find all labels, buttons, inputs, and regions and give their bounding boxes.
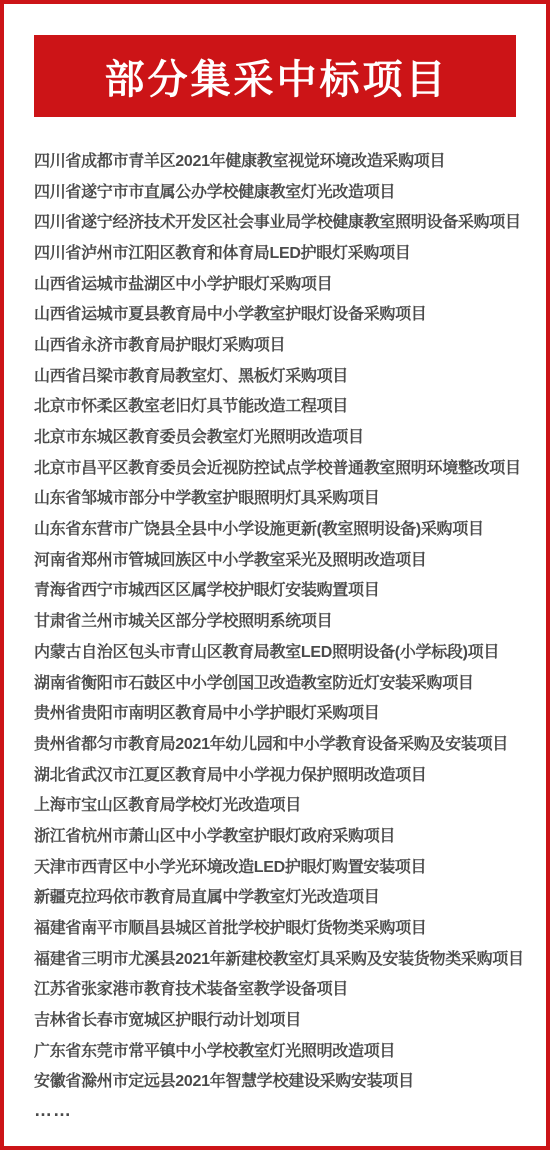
list-item: 贵州省都匀市教育局2021年幼儿园和中小学教育设备采购及安装项目	[34, 727, 538, 758]
header-banner: 部分集采中标项目	[34, 35, 516, 117]
more-indicator: ……	[34, 1095, 538, 1126]
list-item: 内蒙古自治区包头市青山区教育局教室LED照明设备(小学标段)项目	[34, 635, 538, 666]
list-item: 山西省运城市夏县教育局中小学教室护眼灯设备采购项目	[34, 297, 538, 328]
list-item: 湖北省武汉市江夏区教育局中小学视力保护照明改造项目	[34, 758, 538, 789]
list-item: 福建省三明市尤溪县2021年新建校教室灯具采购及安装货物类采购项目	[34, 942, 538, 973]
list-item: 上海市宝山区教育局学校灯光改造项目	[34, 788, 538, 819]
list-item: 湖南省衡阳市石鼓区中小学创国卫改造教室防近灯安装采购项目	[34, 666, 538, 697]
list-item: 新疆克拉玛依市教育局直属中学教室灯光改造项目	[34, 881, 538, 912]
list-item: 江苏省张家港市教育技术装备室教学设备项目	[34, 973, 538, 1004]
project-list: 四川省成都市青羊区2021年健康教室视觉环境改造采购项目四川省遂宁市市直属公办学…	[34, 144, 538, 1126]
poster-page: 部分集采中标项目 四川省成都市青羊区2021年健康教室视觉环境改造采购项目四川省…	[0, 0, 550, 1150]
list-item: 河南省郑州市管城回族区中小学教室采光及照明改造项目	[34, 543, 538, 574]
list-item: 北京市怀柔区教室老旧灯具节能改造工程项目	[34, 390, 538, 421]
list-item: 山西省永济市教育局护眼灯采购项目	[34, 328, 538, 359]
list-item: 山西省吕梁市教育局教室灯、黑板灯采购项目	[34, 359, 538, 390]
list-item: 广东省东莞市常平镇中小学校教室灯光照明改造项目	[34, 1034, 538, 1065]
list-item: 甘肃省兰州市城关区部分学校照明系统项目	[34, 604, 538, 635]
list-item: 北京市昌平区教育委员会近视防控试点学校普通教室照明环境整改项目	[34, 451, 538, 482]
list-item: 山东省东营市广饶县全县中小学设施更新(教室照明设备)采购项目	[34, 512, 538, 543]
list-item: 吉林省长春市宽城区护眼行动计划项目	[34, 1003, 538, 1034]
list-item: 四川省遂宁市市直属公办学校健康教室灯光改造项目	[34, 175, 538, 206]
list-item: 山东省邹城市部分中学教室护眼照明灯具采购项目	[34, 482, 538, 513]
list-item: 北京市东城区教育委员会教室灯光照明改造项目	[34, 420, 538, 451]
list-item: 四川省泸州市江阳区教育和体育局LED护眼灯采购项目	[34, 236, 538, 267]
list-item: 安徽省滁州市定远县2021年智慧学校建设采购安装项目	[34, 1065, 538, 1096]
page-title: 部分集采中标项目	[102, 48, 449, 105]
list-item: 贵州省贵阳市南明区教育局中小学护眼灯采购项目	[34, 696, 538, 727]
list-item: 山西省运城市盐湖区中小学护眼灯采购项目	[34, 267, 538, 298]
list-item: 四川省成都市青羊区2021年健康教室视觉环境改造采购项目	[34, 144, 538, 175]
list-item: 浙江省杭州市萧山区中小学教室护眼灯政府采购项目	[34, 819, 538, 850]
list-item: 青海省西宁市城西区区属学校护眼灯安装购置项目	[34, 574, 538, 605]
list-item: 福建省南平市顺昌县城区首批学校护眼灯货物类采购项目	[34, 911, 538, 942]
list-item: 天津市西青区中小学光环境改造LED护眼灯购置安装项目	[34, 850, 538, 881]
list-item: 四川省遂宁经济技术开发区社会事业局学校健康教室照明设备采购项目	[34, 205, 538, 236]
